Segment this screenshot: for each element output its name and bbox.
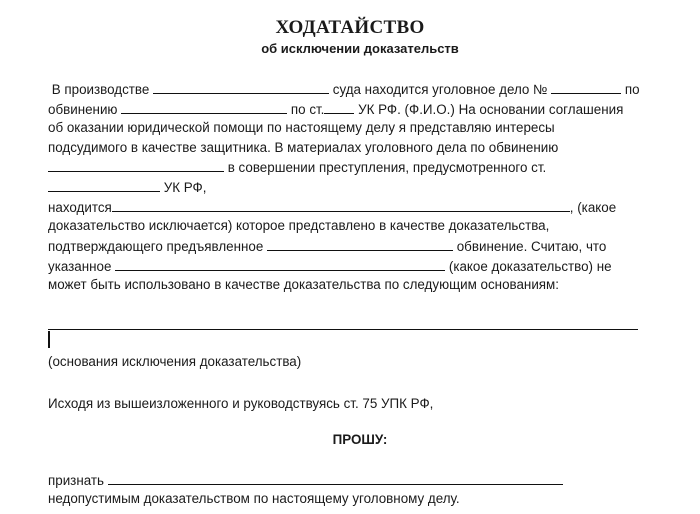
document-title: ХОДАТАЙСТВО [0,17,700,39]
court-name-field[interactable] [153,80,329,94]
excluded-evidence-field[interactable] [112,198,570,212]
paragraph-line: В производстве суда находится уголовное … [48,80,640,99]
evidence-name-field[interactable] [115,257,445,271]
case-number-field[interactable] [551,80,621,94]
accusation-field[interactable] [48,158,224,172]
paragraph-line: об оказании юридической помощи по настоя… [48,119,555,137]
text-cursor [48,331,50,348]
paragraph-line: подтверждающего предъявленное обвинение.… [48,237,606,256]
paragraph-line: обвинению по ст. УК РФ. (Ф.И.О.) На осно… [48,100,623,119]
document-page: ХОДАТАЙСТВО об исключении доказательств … [0,0,700,514]
article-number-field[interactable] [324,100,354,114]
document-subtitle: об исключении доказательств [0,41,700,56]
charge-field[interactable] [267,237,453,251]
request-heading: ПРОШУ: [0,432,700,447]
grounds-caption: (основания исключения доказательства) [48,353,301,371]
paragraph-line: может быть использовано в качестве доказ… [48,276,559,294]
basis-text: Исходя из вышеизложенного и руководствуя… [48,395,433,413]
paragraph-line: доказательство исключается) которое пред… [48,217,549,235]
inadmissible-evidence-field[interactable] [108,471,563,485]
request-suffix: недопустимым доказательством по настояще… [48,490,460,508]
criminal-code-article-field[interactable] [48,178,160,192]
paragraph-line: находится, (какое [48,198,616,217]
request-line: признать [48,471,563,490]
grounds-underline[interactable] [48,329,638,330]
accused-name-field[interactable] [121,100,287,114]
paragraph-line: УК РФ, [48,178,206,197]
paragraph-line: в совершении преступления, предусмотренн… [48,158,546,177]
paragraph-line: указанное (какое доказательство) не [48,257,612,276]
paragraph-line: подсудимого в качестве защитника. В мате… [48,139,558,157]
